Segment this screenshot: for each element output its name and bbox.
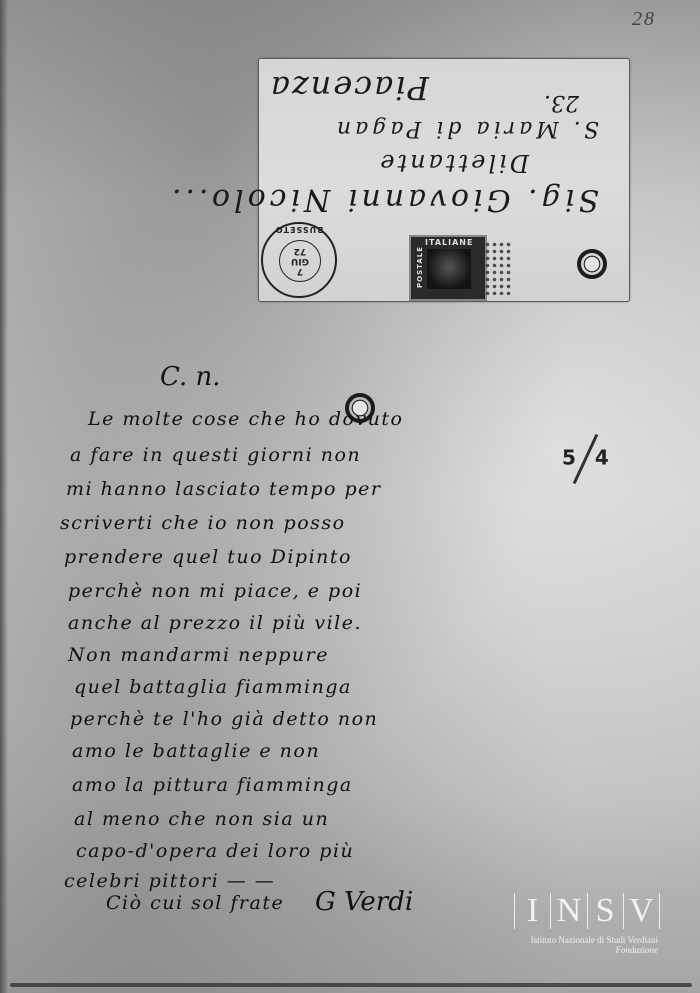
- postmark-day: 7: [297, 266, 303, 276]
- folio-number: 28: [632, 8, 656, 31]
- logo-subtitle: Fondazione: [514, 945, 660, 955]
- postmark-icon: 7 GIU 72 BUSSETO: [261, 222, 337, 298]
- letter-line: perchè non mi piace, e poi: [68, 580, 362, 602]
- postmark-date: 7 GIU 72: [279, 240, 321, 282]
- letter-line: anche al prezzo il più vile.: [68, 612, 362, 634]
- letter-line: celebri pittori — —: [64, 870, 275, 892]
- letter-line: amo le battaglie e non: [72, 740, 320, 762]
- letter-line: prendere quel tuo Dipinto: [64, 546, 352, 568]
- letter-line: quel battaglia fiamminga: [74, 676, 352, 698]
- letter-line: Non mandarmi neppure: [68, 644, 329, 666]
- address-line-recipient: Sig. Giovanni Nicolo...: [168, 182, 599, 217]
- sheet-shadow-edge: [0, 0, 8, 993]
- logo-letter: I: [515, 893, 551, 929]
- letter-line: perchè te l'ho già detto non: [70, 708, 378, 730]
- envelope: Sig. Giovanni Nicolo... Dilettante S. Ma…: [258, 58, 630, 302]
- letter-line: capo-d'opera dei loro più: [76, 840, 354, 862]
- page-marker-right: 4: [595, 446, 609, 470]
- letter-line: amo la pittura fiamminga: [72, 774, 353, 796]
- sheet-bottom-edge: [10, 983, 692, 987]
- postmark-year: 72: [294, 246, 307, 256]
- postage-stamp-icon: ITALIANE POSTALE: [409, 235, 487, 301]
- letter-line: mi hanno lasciato tempo per: [66, 478, 382, 500]
- manuscript-sheet: 28 Sig. Giovanni Nicolo... Dilettante S.…: [0, 0, 700, 993]
- postmark-town: BUSSETO: [263, 225, 335, 234]
- envelope-address: Sig. Giovanni Nicolo... Dilettante S. Ma…: [269, 67, 609, 227]
- stamp-portrait: [427, 249, 471, 289]
- letter-line: a fare in questi giorni non: [70, 444, 361, 466]
- logo-institution: Istituto Nazionale di Studi Verdiani: [514, 935, 660, 945]
- logo-letters: I N S V: [514, 893, 660, 929]
- letter-line: al meno che non sia un: [74, 808, 329, 830]
- stamp-label-side: POSTALE: [416, 246, 424, 288]
- letter-line: Le molte cose che ho dovuto: [88, 408, 404, 430]
- letter-line: scriverti che io non posso: [60, 512, 346, 534]
- letter-line: Ciò cui sol frate: [106, 892, 284, 914]
- letter-salutation: C. n.: [160, 362, 221, 392]
- cancellation-mark-icon: [477, 241, 513, 295]
- address-line-title: Dilettante: [377, 149, 529, 177]
- address-line-number: 23.: [544, 90, 579, 115]
- stamp-label-top: ITALIANE: [425, 238, 473, 247]
- insv-logo: I N S V Istituto Nazionale di Studi Verd…: [514, 893, 660, 957]
- postmark-month: GIU: [291, 256, 309, 266]
- address-line-city: Piacenza: [269, 69, 429, 107]
- address-line-street: S. Maria di Pagan: [333, 116, 599, 141]
- page-marker-left: 5: [562, 446, 576, 470]
- signature: G Verdi: [315, 887, 413, 917]
- logo-letter: S: [588, 893, 624, 929]
- logo-letter: V: [624, 893, 659, 929]
- logo-letter: N: [551, 893, 587, 929]
- archive-seal-icon: [577, 249, 607, 279]
- page-marker: 54: [562, 432, 609, 486]
